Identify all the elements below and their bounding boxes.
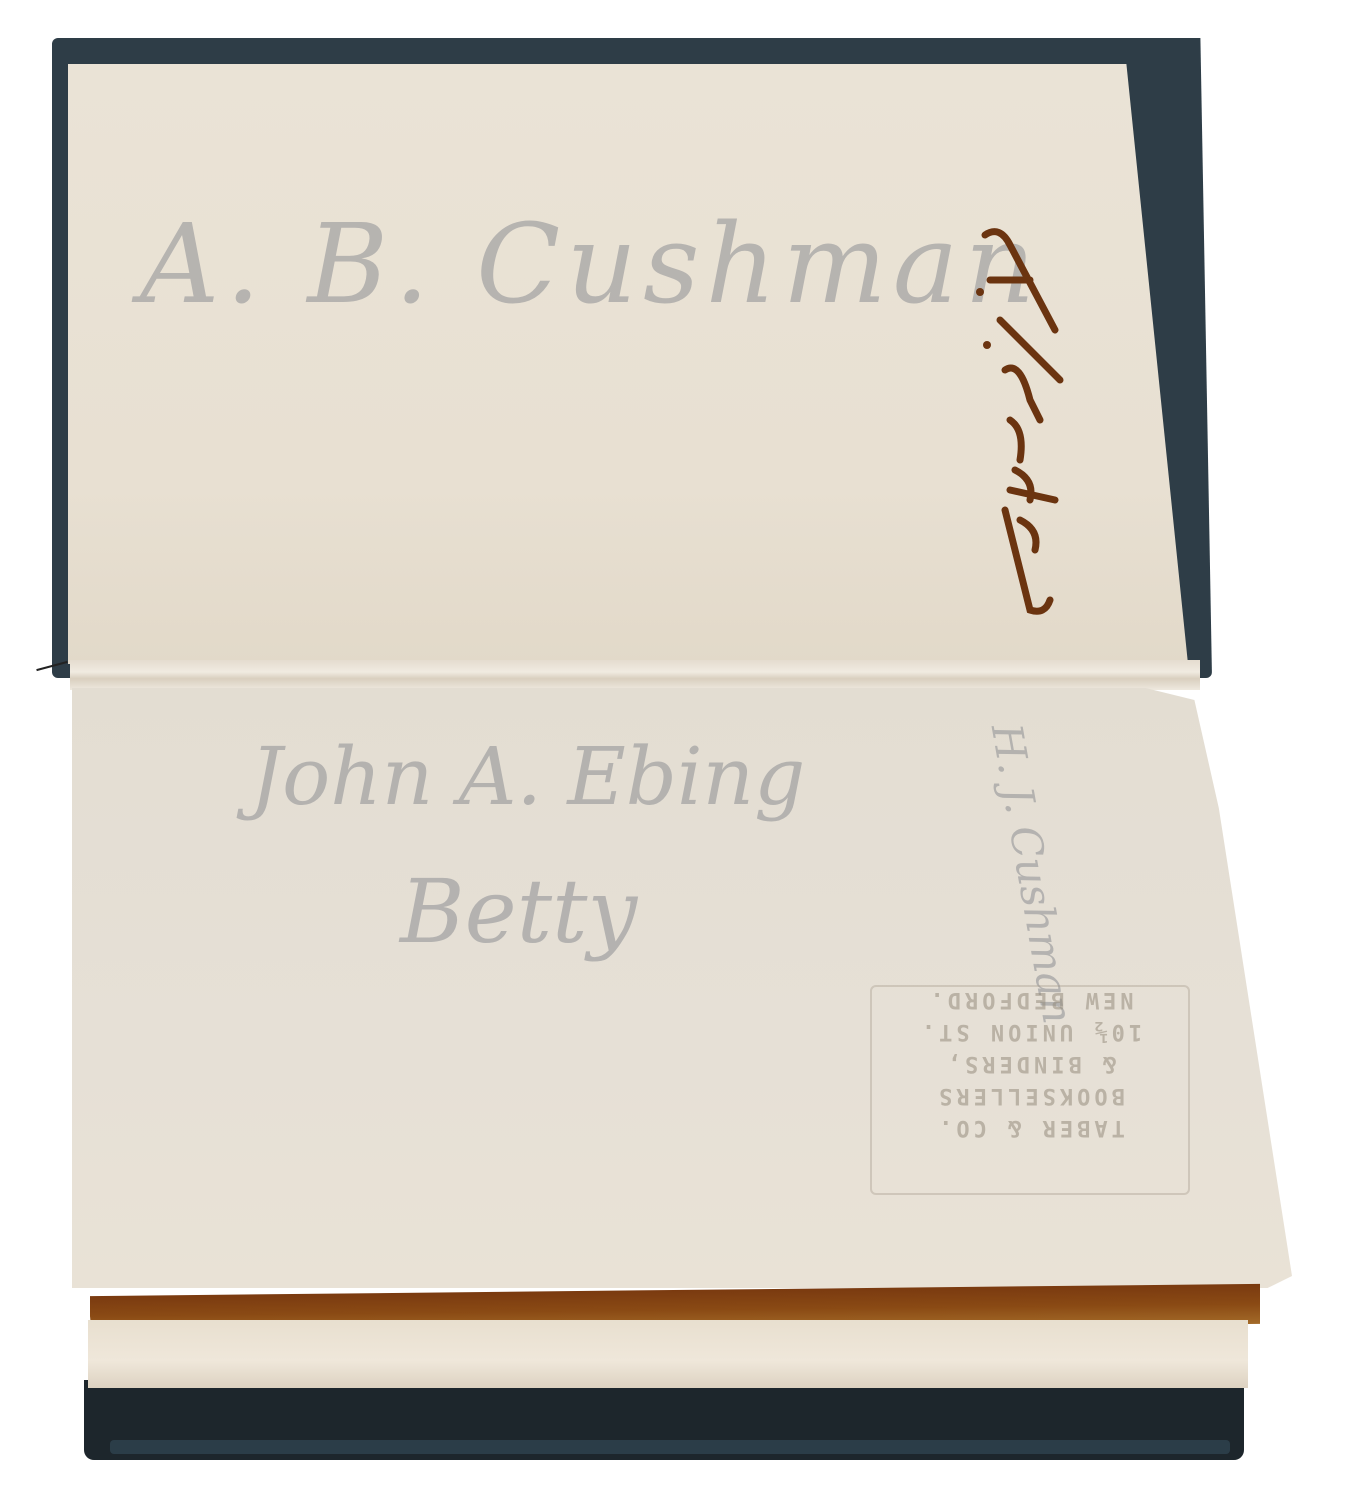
pencil-signature-top: A. B. Cushman [140, 200, 1041, 328]
text-block-edge [88, 1320, 1248, 1388]
book-photo: A. B. Cushman John A. Ebing Betty H. J. … [0, 0, 1350, 1500]
pencil-signature-betty: Betty [400, 860, 637, 963]
bookseller-blind-stamp: TABER & CO. BOOKSELLERS & BINDERS, 10½ U… [870, 985, 1190, 1195]
pencil-signature-john: John A. Ebing [250, 730, 805, 823]
gutter-fold [70, 660, 1200, 690]
ink-signature [960, 220, 1070, 620]
cover-edge [110, 1440, 1230, 1454]
